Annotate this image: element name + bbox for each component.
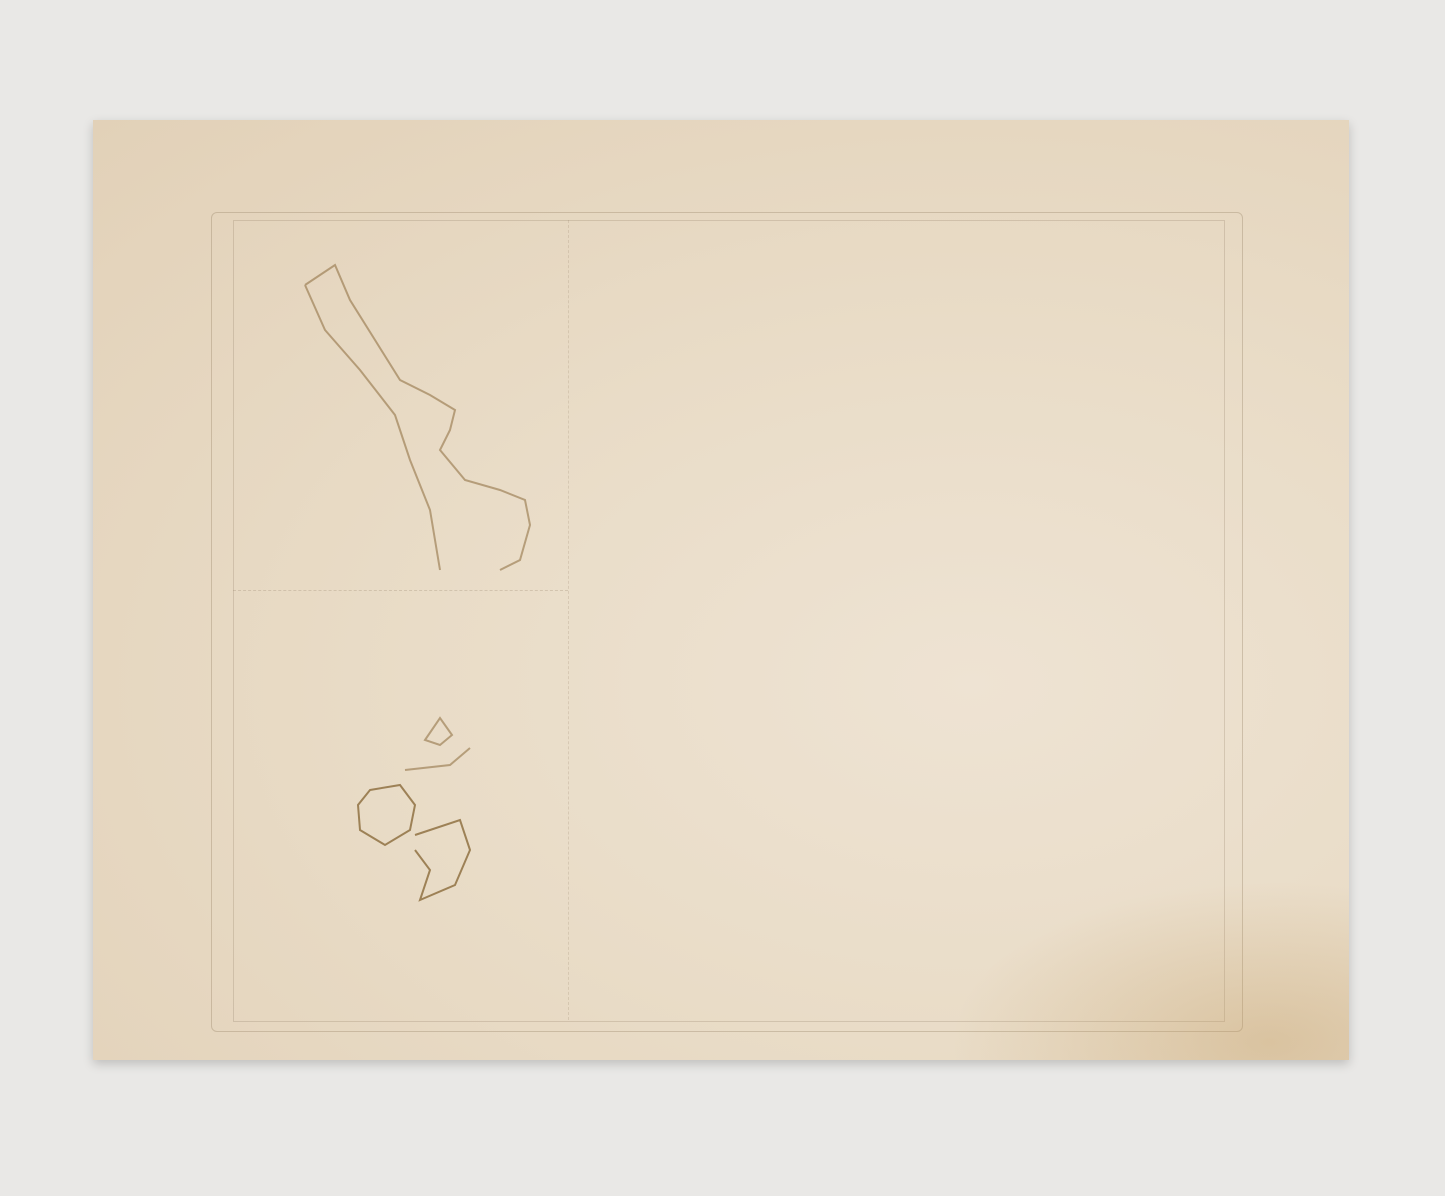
show-through-outlines bbox=[0, 0, 1445, 1196]
landmass-outline bbox=[305, 265, 530, 570]
island-outline-2 bbox=[405, 748, 470, 770]
island-outline-1 bbox=[425, 718, 452, 745]
island-outline-3 bbox=[358, 785, 415, 845]
island-outline-4 bbox=[415, 820, 470, 900]
